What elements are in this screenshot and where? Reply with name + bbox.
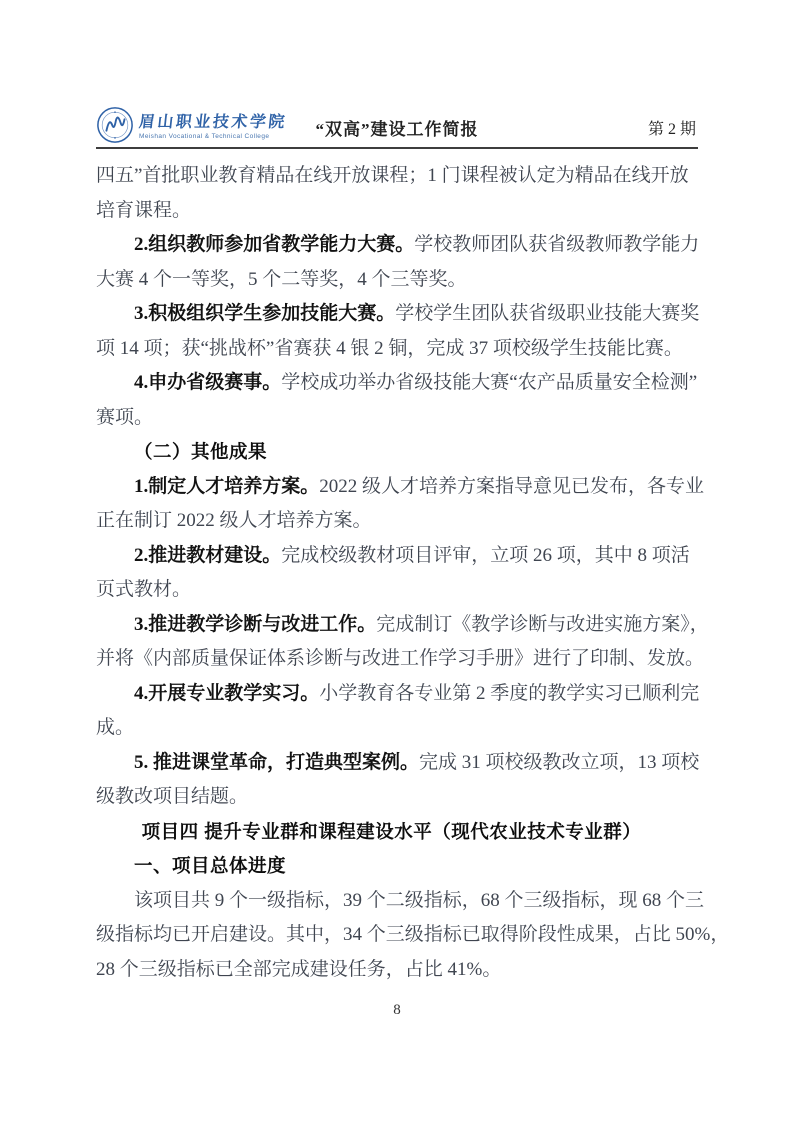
body-line: 并将《内部质量保证体系诊断与改进工作学习手册》进行了印制、发放。 xyxy=(96,642,698,677)
body-line: 级指标均已开启建设。其中，34 个三级指标已取得阶段性成果，占比 50%， xyxy=(96,918,698,953)
body-text: 级指标均已开启建设。其中，34 个三级指标已取得阶段性成果，占比 50%， xyxy=(96,924,729,945)
bulletin-title: “双高”建设工作简报 xyxy=(316,115,479,140)
college-name-block: 眉山职业技术学院 Meishan Vocational & Technical … xyxy=(139,106,287,140)
bold-lead-text: 5. 推进课堂革命，打造典型案例。 xyxy=(134,752,419,773)
body-text: 2022 级人才培养方案指导意见已发布，各专业 xyxy=(319,476,704,497)
body-text: 学校成功举办省级技能大赛“农产品质量安全检测” xyxy=(281,372,697,393)
bold-lead-text: 1.制定人才培养方案。 xyxy=(134,476,319,497)
body-line: 大赛 4 个一等奖，5 个二等奖，4 个三等奖。 xyxy=(96,263,698,298)
body-line: 成。 xyxy=(96,711,698,746)
body-line: 2.组织教师参加省教学能力大赛。学校教师团队获省级教师教学能力 xyxy=(96,228,698,263)
bold-lead-text: （二）其他成果 xyxy=(134,441,267,462)
body-text: 项 14 项；获“挑战杯”省赛获 4 银 2 铜，完成 37 项校级学生技能比赛… xyxy=(96,338,683,359)
college-logo: 眉山职业技术学院 Meishan Vocational & Technical … xyxy=(96,106,287,144)
section-heading: 项目四 提升专业群和课程建设水平（现代农业技术专业群） xyxy=(96,815,698,850)
body-text: 大赛 4 个一等奖，5 个二等奖，4 个三等奖。 xyxy=(96,269,467,290)
body-line: 项 14 项；获“挑战杯”省赛获 4 银 2 铜，完成 37 项校级学生技能比赛… xyxy=(96,332,698,367)
college-seal-icon xyxy=(96,106,134,144)
body-text: 级教改项目结题。 xyxy=(96,786,248,807)
college-name-en: Meishan Vocational & Technical College xyxy=(139,133,287,140)
body-text: 并将《内部质量保证体系诊断与改进工作学习手册》进行了印制、发放。 xyxy=(96,648,704,669)
section-heading: 一、项目总体进度 xyxy=(96,849,698,884)
body-line: 4.开展专业教学实习。小学教育各专业第 2 季度的教学实习已顺利完 xyxy=(96,677,698,712)
body-text: 页式教材。 xyxy=(96,579,191,600)
bold-lead-text: 3.积极组织学生参加技能大赛。 xyxy=(134,303,395,324)
section-heading: （二）其他成果 xyxy=(96,435,698,470)
body-text: 学校教师团队获省级教师教学能力 xyxy=(414,234,699,255)
body-text: 完成制订《教学诊断与改进实施方案》， xyxy=(376,614,709,635)
bold-lead-text: 2.推进教材建设。 xyxy=(134,545,281,566)
body-line: 3.推进教学诊断与改进工作。完成制订《教学诊断与改进实施方案》， xyxy=(96,608,698,643)
body-line: 2.推进教材建设。完成校级教材项目评审，立项 26 项，其中 8 项活 xyxy=(96,539,698,574)
body-line: 该项目共 9 个一级指标，39 个二级指标，68 个三级指标，现 68 个三 xyxy=(96,884,698,919)
body-line: 赛项。 xyxy=(96,401,698,436)
body-line: 3.积极组织学生参加技能大赛。学校学生团队获省级职业技能大赛奖 xyxy=(96,297,698,332)
body-text: 正在制订 2022 级人才培养方案。 xyxy=(96,510,372,531)
body-line: 页式教材。 xyxy=(96,573,698,608)
body-text: 培育课程。 xyxy=(96,200,191,221)
body-text: 学校学生团队获省级职业技能大赛奖 xyxy=(395,303,699,324)
document-body: 四五”首批职业教育精品在线开放课程；1 门课程被认定为精品在线开放培育课程。2.… xyxy=(96,159,698,987)
document-page: 眉山职业技术学院 Meishan Vocational & Technical … xyxy=(0,0,794,1123)
bold-lead-text: 项目四 提升专业群和课程建设水平（现代农业技术专业群） xyxy=(142,821,642,842)
page-header: 眉山职业技术学院 Meishan Vocational & Technical … xyxy=(96,106,698,149)
body-line: 培育课程。 xyxy=(96,194,698,229)
body-line: 正在制订 2022 级人才培养方案。 xyxy=(96,504,698,539)
body-text: 完成 31 项校级教改立项，13 项校 xyxy=(419,752,699,773)
body-text: 完成校级教材项目评审，立项 26 项，其中 8 项活 xyxy=(281,545,690,566)
body-line: 4.申办省级赛事。学校成功举办省级技能大赛“农产品质量安全检测” xyxy=(96,366,698,401)
body-text: 四五”首批职业教育精品在线开放课程；1 门课程被认定为精品在线开放 xyxy=(96,165,689,186)
college-name-cn: 眉山职业技术学院 xyxy=(138,109,288,132)
body-text: 小学教育各专业第 2 季度的教学实习已顺利完 xyxy=(319,683,699,704)
body-text: 28 个三级指标已全部完成建设任务，占比 41%。 xyxy=(96,959,501,980)
bold-lead-text: 2.组织教师参加省教学能力大赛。 xyxy=(134,234,414,255)
body-line: 5. 推进课堂革命，打造典型案例。完成 31 项校级教改立项，13 项校 xyxy=(96,746,698,781)
page-number: 8 xyxy=(0,1002,794,1019)
body-text: 赛项。 xyxy=(96,407,153,428)
body-line: 1.制定人才培养方案。2022 级人才培养方案指导意见已发布，各专业 xyxy=(96,470,698,505)
bold-lead-text: 一、项目总体进度 xyxy=(134,855,286,876)
issue-label: 第 2 期 xyxy=(648,116,696,139)
body-text: 成。 xyxy=(96,717,134,738)
bold-lead-text: 4.申办省级赛事。 xyxy=(134,372,281,393)
body-line: 四五”首批职业教育精品在线开放课程；1 门课程被认定为精品在线开放 xyxy=(96,159,698,194)
bold-lead-text: 4.开展专业教学实习。 xyxy=(134,683,319,704)
body-line: 级教改项目结题。 xyxy=(96,780,698,815)
body-text: 该项目共 9 个一级指标，39 个二级指标，68 个三级指标，现 68 个三 xyxy=(134,890,704,911)
body-line: 28 个三级指标已全部完成建设任务，占比 41%。 xyxy=(96,953,698,988)
bold-lead-text: 3.推进教学诊断与改进工作。 xyxy=(134,614,376,635)
